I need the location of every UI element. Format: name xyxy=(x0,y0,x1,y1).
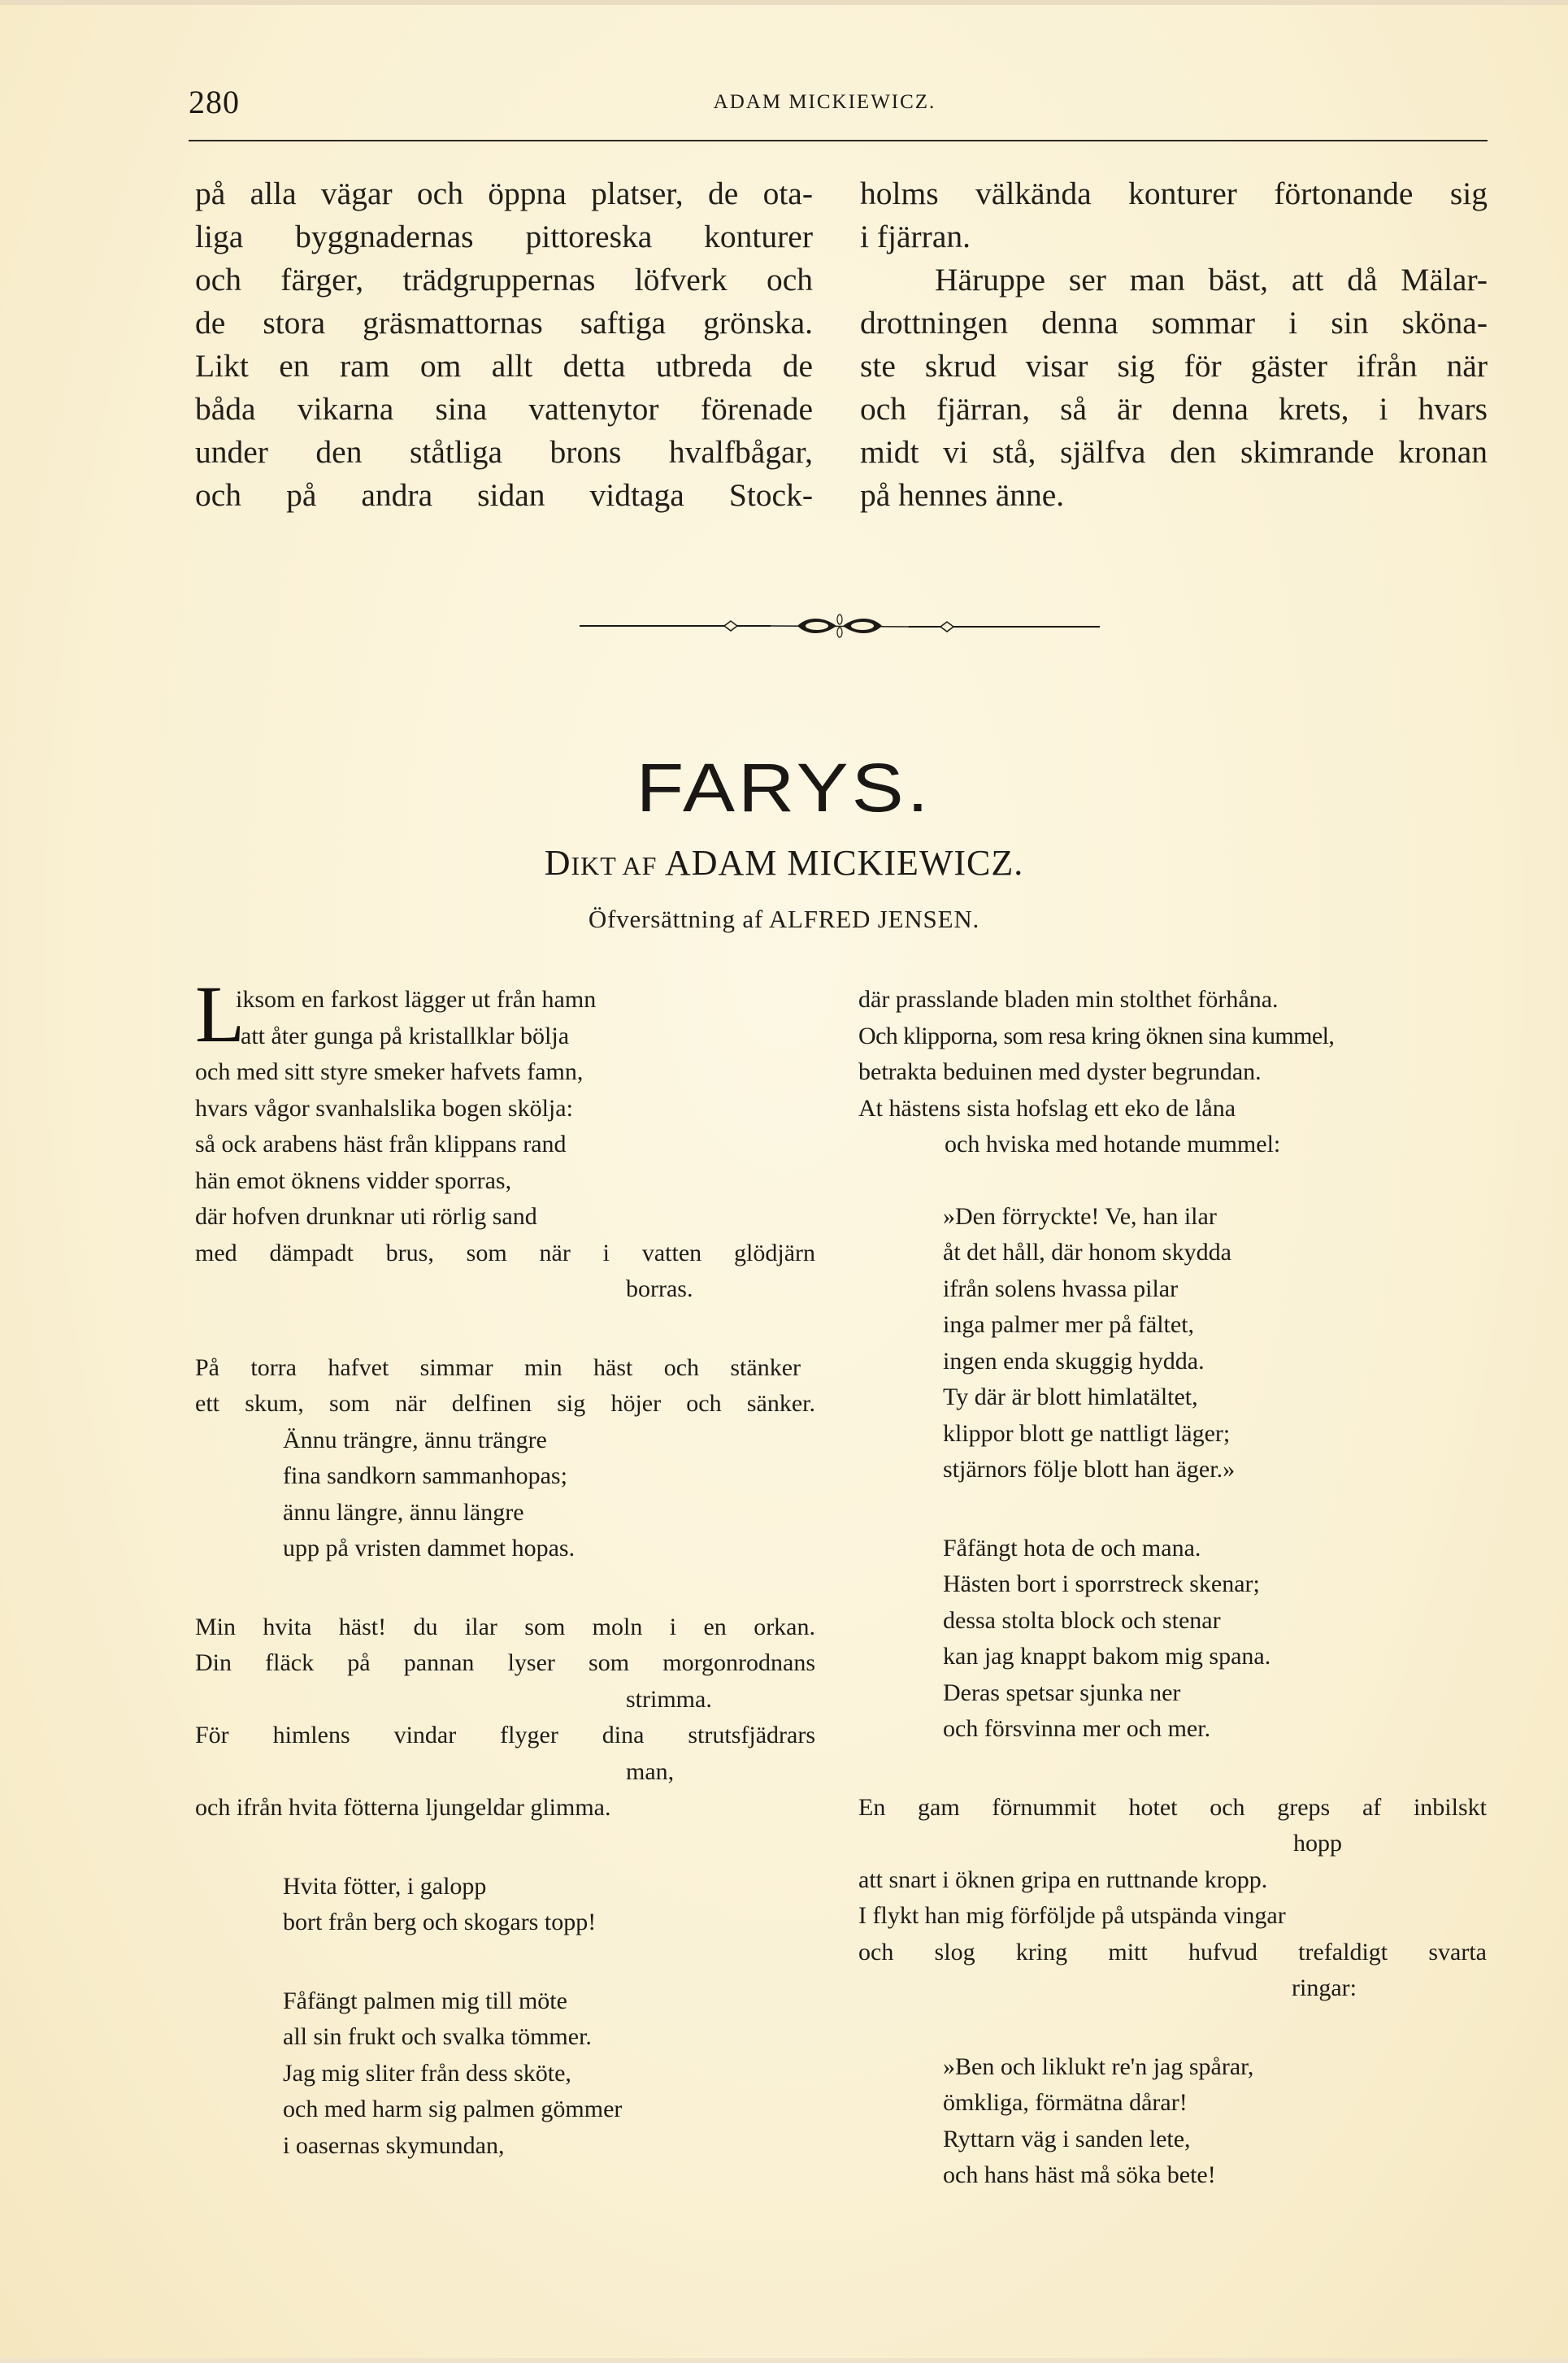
poem-line: Ryttarn väg i sanden lete, xyxy=(858,2122,1487,2158)
poem-line: För himlens vindar flyger dina strutsfjä… xyxy=(195,1718,815,1754)
poem-line: hvars vågor svanhalslika bogen skölja: xyxy=(195,1091,815,1127)
prose-line: liga byggnadernas pittoreska konturer xyxy=(195,215,813,258)
poem-line: Jag mig sliter från dess sköte, xyxy=(195,2056,815,2092)
poem-line: åt det håll, där honom skydda xyxy=(858,1235,1487,1271)
poem-line: Deras spetsar sjunka ner xyxy=(858,1675,1487,1712)
prose-line: i fjärran. xyxy=(860,215,1488,258)
stanza-gap xyxy=(858,1163,1487,1199)
poem-line: inga palmer mer på fältet, xyxy=(858,1307,1487,1344)
poem-line: och ifrån hvita fötterna ljungeldar glim… xyxy=(195,1790,815,1827)
poem-line: I flykt han mig förföljde på utspända vi… xyxy=(858,1898,1487,1935)
poem-line: och hans häst må söka bete! xyxy=(858,2157,1487,2194)
ornamental-divider-icon xyxy=(580,610,1100,642)
poem-title: FARYS. xyxy=(0,749,1568,828)
poem-line: dessa stolta block och stenar xyxy=(858,1603,1487,1640)
poem-line: där prasslande bladen min stolthet förhå… xyxy=(858,982,1487,1019)
poem-line-turnover: strimma. xyxy=(195,1682,815,1718)
poem-line: all sin frukt och svalka tömmer. xyxy=(195,2019,815,2056)
poem-line: bort från berg och skogars topp! xyxy=(195,1905,815,1941)
stanza-gap xyxy=(858,1488,1487,1531)
poem-line: Hvita fötter, i galopp xyxy=(195,1869,815,1905)
prose-line: Häruppe ser man bäst, att då Mälar- xyxy=(860,258,1488,302)
poem-line: Ännu trängre, ännu trängre xyxy=(195,1423,815,1459)
poem-line: hän emot öknens vidder sporras, xyxy=(195,1163,815,1200)
poem-line: och försvinna mer och mer. xyxy=(858,1711,1487,1748)
poem-line: kan jag knappt bakom mig spana. xyxy=(858,1639,1487,1675)
poem-line: där hofven drunknar uti rörlig sand xyxy=(195,1199,815,1236)
poem-line: Och klipporna, som resa kring öknen sina… xyxy=(858,1019,1487,1055)
prose-line: Likt en ram om allt detta utbreda de xyxy=(195,345,813,388)
prose-line: under den ståtliga brons hvalfbågar, xyxy=(195,431,813,474)
poem-line: upp på vristen dammet hopas. xyxy=(195,1531,815,1567)
poem-line: Fåfängt palmen mig till möte xyxy=(195,1983,815,2020)
poem-line: Ty där är blott himlatältet, xyxy=(858,1379,1487,1416)
poem-line: »Ben och liklukt re'n jag spårar, xyxy=(858,2049,1487,2086)
poem-line: stjärnors följe blott han äger.» xyxy=(858,1452,1487,1488)
poem-line: Din fläck på pannan lyser som morgonrodn… xyxy=(195,1645,815,1682)
poem-line: klippor blott ge nattligt läger; xyxy=(858,1416,1487,1453)
page-edge xyxy=(0,0,1568,5)
poem-subtitle: DIKT AF ADAM MICKIEWICZ. xyxy=(0,842,1568,884)
stanza-gap xyxy=(195,1941,815,1983)
poem-line: »Den förryckte! Ve, han ilar xyxy=(858,1199,1487,1236)
poem-line: iksom en farkost lägger ut från hamn xyxy=(195,982,815,1019)
poem-line: och med sitt styre smeker hafvets famn, xyxy=(195,1054,815,1091)
stanza-gap xyxy=(858,2007,1487,2049)
prose-line: de stora gräsmattornas saftiga grönska. xyxy=(195,302,813,345)
poem-line: fina sandkorn sammanhopas; xyxy=(195,1458,815,1495)
poem-line: och hviska med hotande mummel: xyxy=(858,1127,1487,1163)
prose-line: och på andra sidan vidtaga Stock- xyxy=(195,474,813,517)
poem-line: att snart i öknen gripa en ruttnande kro… xyxy=(858,1862,1487,1899)
prose-line: holms välkända konturer förtonande sig xyxy=(860,172,1488,215)
stanza-gap xyxy=(195,1827,815,1869)
poem-line: ifrån solens hvassa pilar xyxy=(858,1271,1487,1308)
poem-line: Fåfängt hota de och mana. xyxy=(858,1531,1487,1567)
poem-line: betrakta beduinen med dyster begrundan. xyxy=(858,1054,1487,1091)
prose-line: och färger, trädgruppernas löfverk och xyxy=(195,258,813,302)
prose-line: på hennes änne. xyxy=(860,474,1488,517)
prose-line: båda vikarna sina vattenytor förenade xyxy=(195,388,813,431)
stanza-gap xyxy=(195,1567,815,1609)
poem-line: ännu längre, ännu längre xyxy=(195,1495,815,1531)
poem-line: så ock arabens häst från klippans rand xyxy=(195,1127,815,1163)
prose-line: ste skrud visar sig för gäster ifrån när xyxy=(860,345,1488,388)
page-edge xyxy=(0,2358,1568,2363)
poem-line: ömkliga, förmätna dårar! xyxy=(858,2085,1487,2122)
poem-line-turnover: man, xyxy=(195,1754,815,1791)
poem-line: och slog kring mitt hufvud trefaldigt sv… xyxy=(858,1935,1487,1971)
poem-line: Min hvita häst! du ilar som moln i en or… xyxy=(195,1609,815,1646)
prose-line: midt vi stå, själfva den skimrande krona… xyxy=(860,431,1488,474)
prose-column-right: holms välkända konturer förtonande sig i… xyxy=(860,172,1488,517)
stanza-gap xyxy=(195,1308,815,1350)
subtitle-small-caps: IKT AF xyxy=(571,851,658,880)
subtitle-author: ADAM MICKIEWICZ. xyxy=(665,843,1023,883)
stanza-gap xyxy=(858,1748,1487,1790)
prose-line: och fjärran, så är denna krets, i hvars xyxy=(860,388,1488,431)
header-rule xyxy=(189,140,1488,141)
prose-line: på alla vägar och öppna platser, de ota- xyxy=(195,172,813,215)
poem-line: att åter gunga på kristallklar bölja xyxy=(195,1019,815,1055)
poem-line: med dämpadt brus, som när i vatten glödj… xyxy=(195,1236,815,1272)
prose-line: drottningen denna sommar i sin sköna- xyxy=(860,302,1488,345)
running-title: ADAM MICKIEWICZ. xyxy=(0,91,1568,114)
poem-line: och med harm sig palmen gömmer xyxy=(195,2092,815,2128)
poem-line: ingen enda skuggig hydda. xyxy=(858,1344,1487,1380)
poem-line: ett skum, som när delfinen sig höjer och… xyxy=(195,1386,815,1423)
poem-line: En gam förnummit hotet och greps af inbi… xyxy=(858,1790,1487,1827)
poem-line-turnover: hopp xyxy=(858,1826,1487,1862)
poem-column-right: där prasslande bladen min stolthet förhå… xyxy=(858,982,1487,2194)
poem-line-turnover: borras. xyxy=(195,1271,815,1308)
prose-column-left: på alla vägar och öppna platser, de ota-… xyxy=(195,172,813,517)
poem-line: At hästens sista hofslag ett eko de låna xyxy=(858,1091,1487,1127)
poem-line: Hästen bort i sporrstreck skenar; xyxy=(858,1566,1487,1603)
poem-line: På torra hafvet simmar min häst och stän… xyxy=(195,1350,801,1387)
poem-column-left: iksom en farkost lägger ut från hamn att… xyxy=(195,982,815,2164)
translator-credit: Öfversättning af ALFRED JENSEN. xyxy=(0,905,1568,934)
subtitle-cap: D xyxy=(545,843,571,883)
poem-line-turnover: ringar: xyxy=(858,1970,1487,2007)
poem-line: i oasernas skymundan, xyxy=(195,2128,815,2165)
